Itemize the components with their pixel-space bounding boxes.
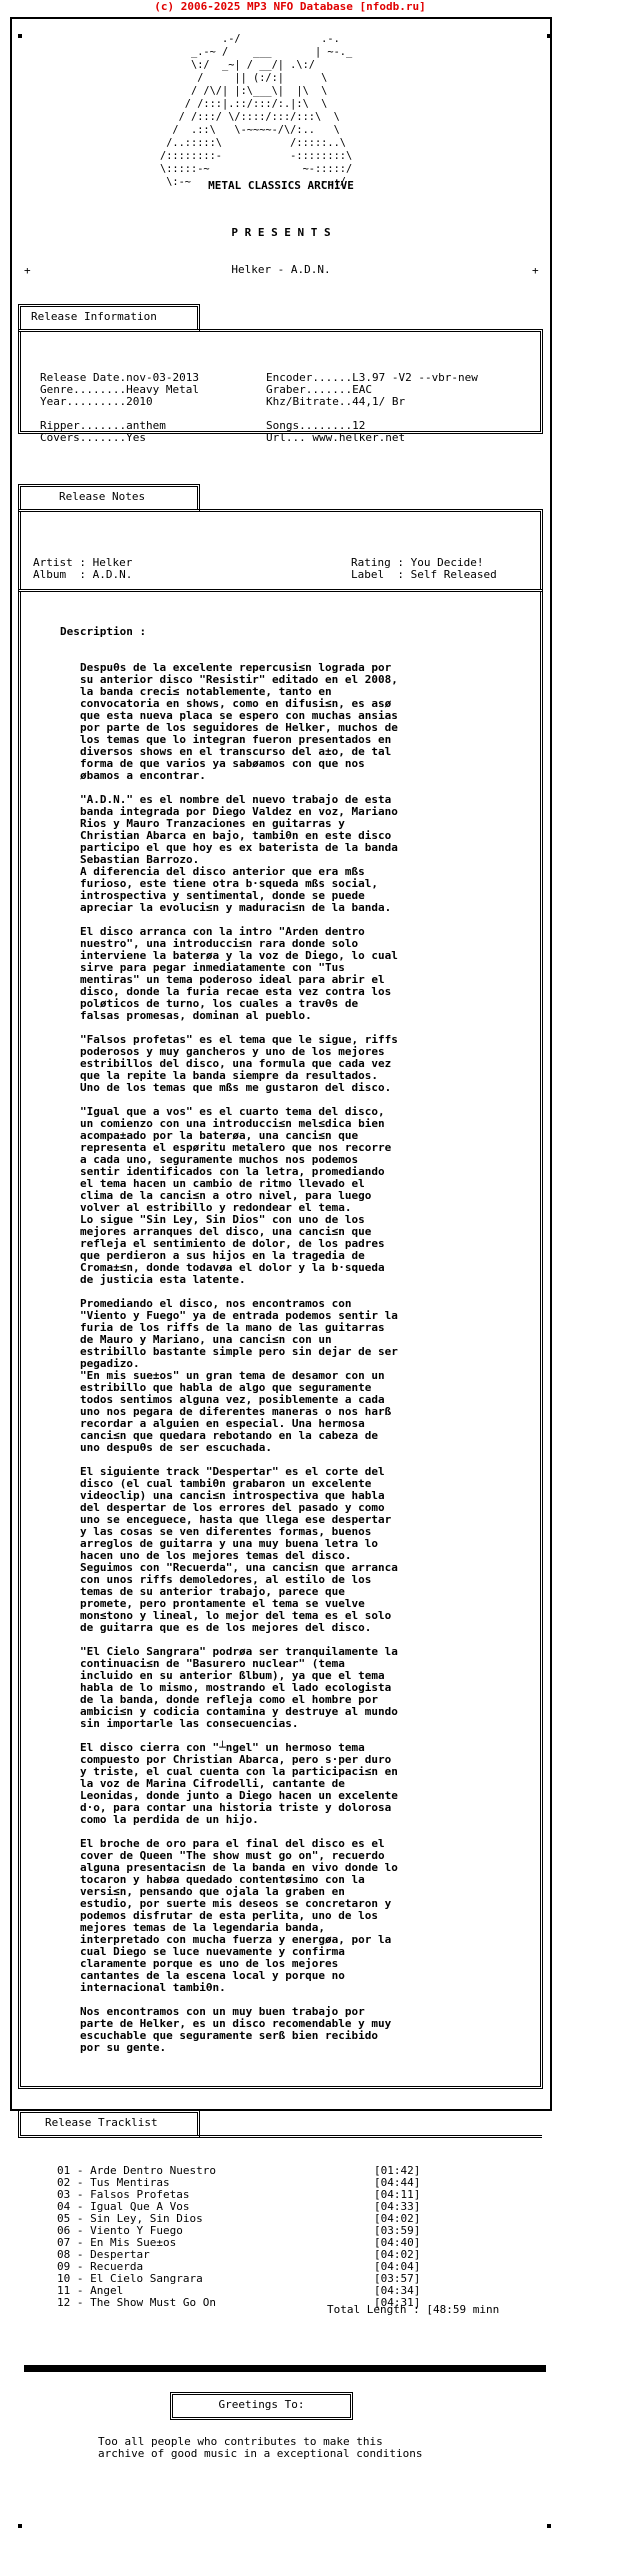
corner-marker [18,2524,22,2528]
total-length: Total Length : [48:59 minn [327,2304,499,2316]
tab-release-information: Release Information [18,304,200,332]
info-url: Url... www.helker.net [266,432,478,444]
info-bitrate: Khz/Bitrate..44,1/ Br [266,396,478,408]
description-paragraph: El disco cierra con "┴ngel" un hermoso t… [80,1742,398,1826]
release-info-left: Release Date.nov-03-2013Genre........Hea… [40,348,199,456]
section-divider [24,2365,546,2372]
notes-left: Artist : HelkerAlbum : A.D.N. [33,533,132,593]
description-paragraph: "Falsos profetas" es el tema que le sigu… [80,1034,398,1094]
corner-marker [18,34,22,38]
logo-caption: METAL CLASSICS ARCHIVE [10,180,552,192]
greetings-heading: Greetings To: [170,2392,353,2420]
notes-album: Album : A.D.N. [33,569,132,581]
ascii-logo: .-/ .-. _.-~ / ___ | ~-._ \:/ _~| / __/|… [160,33,352,189]
notes-label: Label : Self Released [351,569,497,581]
description-title: Description : [60,626,398,638]
corner-marker [547,34,551,38]
tab-release-notes: Release Notes [18,484,200,512]
tab-release-tracklist: Release Tracklist [18,2110,200,2138]
presents-heading: P R E S E N T S [10,227,552,239]
copyright-banner: (c) 2006-2025 MP3 NFO Database [nfodb.ru… [0,0,580,14]
description-paragraph: Nos encontramos con un muy buen trabajo … [80,2006,398,2054]
tracklist: 01 - Arde Dentro Nuestro[01:42]02 - Tus … [57,2165,457,2309]
plus-marker: + [532,264,539,277]
corner-marker [547,2524,551,2528]
description-paragraph: Promediando el disco, nos encontramos co… [80,1298,398,1454]
tracklist-rule [198,2135,542,2141]
description-paragraph: El siguiente track "Despertar" es el cor… [80,1466,398,1634]
description-paragraph: "El Cielo Sangrara" podrøa ser tranquila… [80,1646,398,1730]
info-covers: Covers.......Yes [40,432,199,444]
release-title: Helker - A.D.N. [10,264,552,276]
description-paragraph: "A.D.N." es el nombre del nuevo trabajo … [80,794,398,914]
description-paragraph: Despuθs de la excelente repercusi≤n logr… [80,662,398,782]
notes-right: Rating : You Decide!Label : Self Release… [351,533,497,593]
release-info-right: Encoder......L3.97 -V2 --vbr-newGraber..… [266,348,478,456]
description-paragraph: El disco arranca con la intro "Arden den… [80,926,398,1022]
description-paragraph: "Igual que a vos" es el cuarto tema del … [80,1106,398,1286]
info-year: Year.........2010 [40,396,199,408]
greetings-text: Too all people who contributes to make t… [98,2436,423,2460]
description: Description : Despuθs de la excelente re… [60,602,398,2066]
description-paragraph: El broche de oro para el final del disco… [80,1838,398,1994]
